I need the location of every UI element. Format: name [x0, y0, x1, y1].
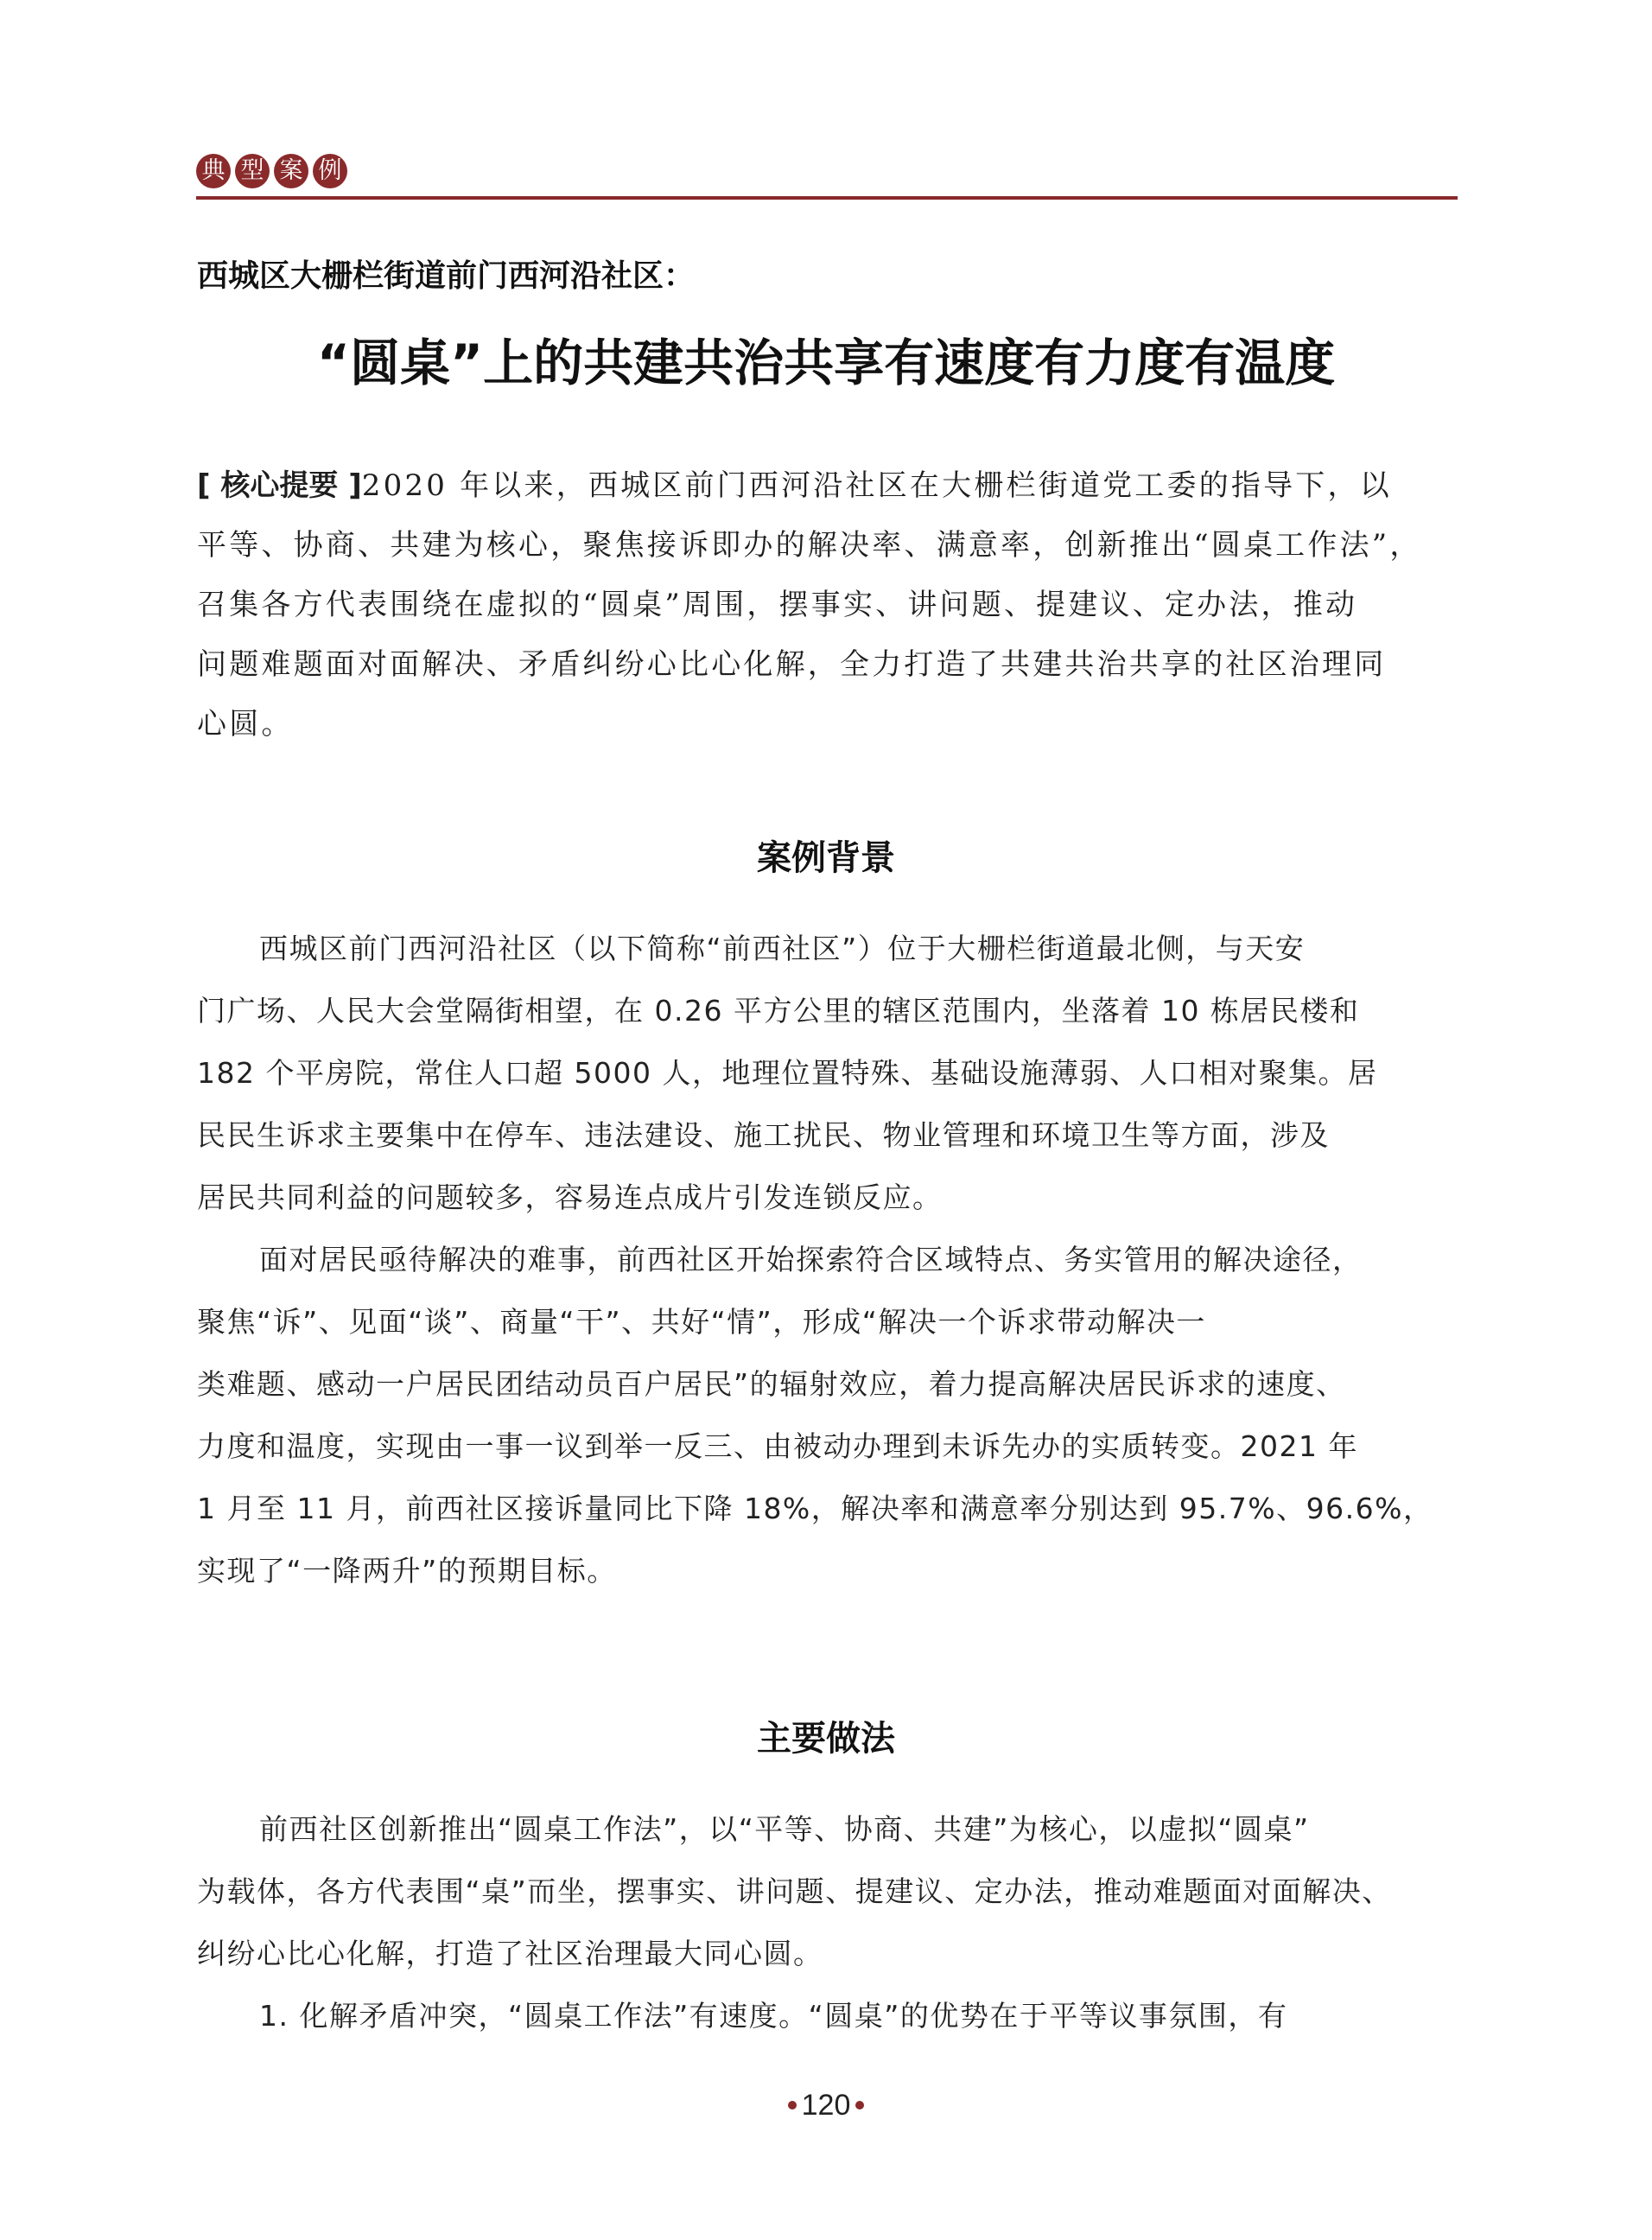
- category-badge: 案: [274, 154, 308, 188]
- body-line: 1 月至 11 月，前西社区接诉量同比下降 18%，解决率和满意率分别达到 95…: [197, 1490, 1433, 1528]
- body-line: 前西社区创新推出“圆桌工作法”，以“平等、协商、共建”为核心，以虚拟“圆桌”: [259, 1810, 1310, 1849]
- body-line: 聚焦“诉”、见面“谈”、商量“干”、共好“情”，形成“解决一个诉求带动解决一: [197, 1303, 1206, 1341]
- section-heading-main-practices: 主要做法: [0, 1717, 1652, 1760]
- body-line: 力度和温度，实现由一事一议到举一反三、由被动办理到未诉先办的实质转变。2021 …: [197, 1428, 1358, 1466]
- section-heading-background: 案例背景: [0, 837, 1652, 880]
- summary-line: 心圆。: [197, 705, 294, 743]
- body-line: 居民共同利益的问题较多，容易连点成片引发连锁反应。: [197, 1179, 943, 1217]
- bullet-dot-icon: [788, 2101, 797, 2110]
- summary-line: 平等、协商、共建为核心，聚焦接诉即办的解决率、满意率，创新推出“圆桌工作法”，: [197, 526, 1422, 564]
- body-line: 面对居民亟待解决的难事，前西社区开始探索符合区域特点、务实管用的解决途径，: [259, 1241, 1363, 1279]
- summary-line: 问题难题面对面解决、矛盾纠纷心比心化解，全力打造了共建共治共享的社区治理同: [197, 646, 1386, 684]
- category-badge: 典: [196, 154, 231, 188]
- summary-line: [ 核心提要 ]2020 年以来，西城区前门西河沿社区在大栅栏街道党工委的指导下…: [197, 467, 1392, 505]
- category-badges: 典 型 案 例: [196, 154, 347, 188]
- body-line: 纠纷心比心化解，打造了社区治理最大同心圆。: [197, 1935, 823, 1973]
- body-line: 1. 化解矛盾冲突，“圆桌工作法”有速度。“圆桌”的优势在于平等议事氛围，有: [259, 1997, 1287, 2035]
- article-title: “圆桌”上的共建共治共享有速度有力度有温度: [0, 332, 1652, 394]
- body-line: 类难题、感动一户居民团结动员百户居民”的辐射效应，着力提高解决居民诉求的速度、: [197, 1365, 1346, 1403]
- summary-line: 召集各方代表围绕在虚拟的“圆桌”周围，摆事实、讲问题、提建议、定办法，推动: [197, 586, 1357, 624]
- body-line: 民民生诉求主要集中在停车、违法建设、施工扰民、物业管理和环境卫生等方面，涉及: [197, 1117, 1330, 1155]
- body-line: 182 个平房院，常住人口超 5000 人，地理位置特殊、基础设施薄弱、人口相对…: [197, 1054, 1377, 1092]
- category-badge: 型: [235, 154, 270, 188]
- summary-text: 2020 年以来，西城区前门西河沿社区在大栅栏街道党工委的指导下，以: [362, 468, 1392, 503]
- category-badge: 例: [313, 154, 347, 188]
- page-number-text: 120: [802, 2089, 851, 2122]
- article-subtitle: 西城区大栅栏街道前门西河沿社区：: [197, 258, 695, 296]
- body-line: 为载体，各方代表围“桌”而坐，摆事实、讲问题、提建议、定办法，推动难题面对面解决…: [197, 1873, 1392, 1911]
- body-line: 门广场、人民大会堂隔街相望，在 0.26 平方公里的辖区范围内，坐落着 10 栋…: [197, 992, 1359, 1030]
- header-divider: [196, 196, 1458, 200]
- body-line: 实现了“一降两升”的预期目标。: [197, 1552, 617, 1590]
- summary-label: [ 核心提要 ]: [197, 468, 362, 503]
- bullet-dot-icon: [855, 2101, 864, 2110]
- page-number: 120: [0, 2086, 1652, 2124]
- body-line: 西城区前门西河沿社区（以下简称“前西社区”）位于大栅栏街道最北侧，与天安: [259, 930, 1305, 968]
